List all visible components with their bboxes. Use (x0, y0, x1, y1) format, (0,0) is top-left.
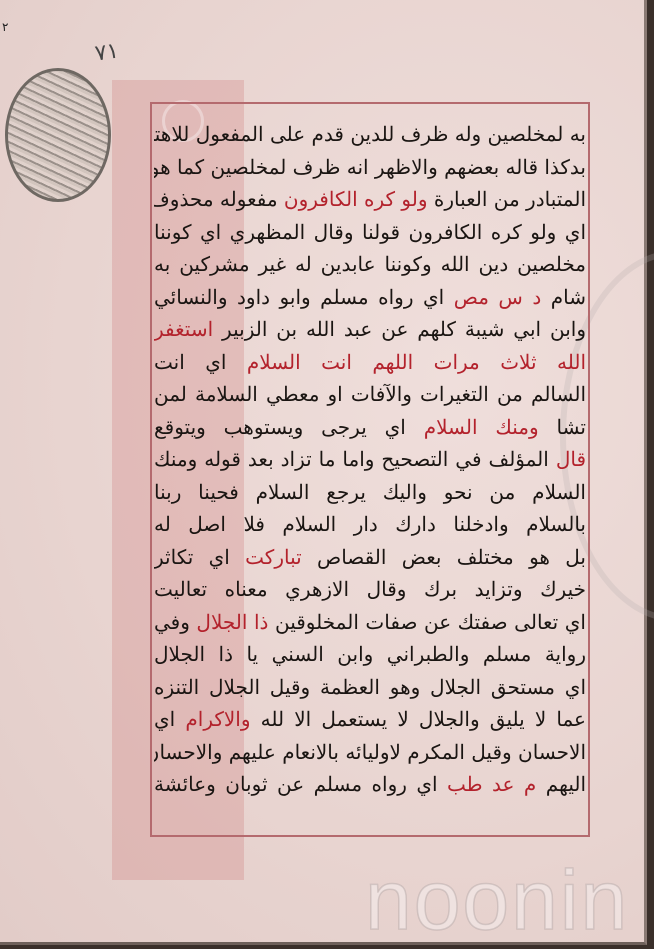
text-line: شام د س مص اي رواه مسلم وابو داود والنسا… (154, 281, 586, 314)
text-segment: السالم من التغيرات والآفات او معطي السلا… (154, 382, 586, 406)
text-line: الاحسان وقيل المكرم لاوليائه بالانعام عل… (154, 736, 586, 769)
text-segment: اي رواه مسلم عن ثوبان وعائشة (154, 772, 447, 796)
text-segment: تشا (539, 415, 586, 439)
text-line: بدكذا قاله بعضهم والاظهر انه ظرف لمخلصين… (154, 151, 586, 184)
text-line: بل هو مختلف بعض القصاص تباركت اي تكاثر (154, 541, 586, 574)
manuscript-page: ٢ ٧١ به لمخلصين وله ظرف للدين قدم على ال… (0, 0, 647, 945)
text-segment: مفعوله محذوف (154, 187, 284, 211)
rubric-segment: ذا الجلال (196, 610, 268, 634)
folio-number: ٢ (2, 20, 8, 34)
text-line: السلام من نحو واليك يرجع السلام فحينا رب… (154, 476, 586, 509)
text-line: اليهم م عد طب اي رواه مسلم عن ثوبان وعائ… (154, 768, 586, 801)
rubric-segment: والاكرام (185, 707, 250, 731)
text-segment: شام (541, 285, 586, 309)
text-line: بالسلام وادخلنا دارك دار السلام فلا اصل … (154, 508, 586, 541)
text-segment: بدكذا قاله بعضهم والاظهر انه ظرف لمخلصين… (154, 155, 586, 179)
text-segment: عما لا يليق والجلال لا يستعمل الا لله (251, 707, 586, 731)
text-line: رواية مسلم والطبراني وابن السني يا ذا ال… (154, 638, 586, 671)
rubric-segment: ومنك السلام (424, 415, 539, 439)
text-segment: به لمخلصين وله ظرف للدين قدم على المفعول… (154, 122, 586, 146)
text-line: قال المؤلف في التصحيح واما ما تزاد بعد ق… (154, 443, 586, 476)
text-segment: وفي (154, 610, 196, 634)
text-line: تشا ومنك السلام اي يرجى ويستوهب ويتوقع (154, 411, 586, 444)
text-segment: اي مستحق الجلال وهو العظمة وقيل الجلال ا… (154, 675, 586, 699)
text-line: خيرك وتزايد برك وقال الازهري معناه تعالي… (154, 573, 586, 606)
text-segment: اي رواه مسلم وابو داود والنسائي (154, 285, 454, 309)
rubric-segment: د س مص (454, 285, 542, 309)
text-segment: وابن ابي شيبة كلهم عن عبد الله بن الزبير (213, 317, 586, 341)
text-segment: اي ولو كره الكافرون قولنا وقال المظهري ا… (154, 220, 586, 244)
text-line: اي مستحق الجلال وهو العظمة وقيل الجلال ا… (154, 671, 586, 704)
library-seal-stamp (5, 68, 111, 202)
text-line: به لمخلصين وله ظرف للدين قدم على المفعول… (154, 118, 586, 151)
text-segment: رواية مسلم والطبراني وابن السني يا ذا ال… (154, 642, 586, 666)
text-line: اي ولو كره الكافرون قولنا وقال المظهري ا… (154, 216, 586, 249)
text-line: اي تعالى صفتك عن صفات المخلوقين ذا الجلا… (154, 606, 586, 639)
rubric-segment: م عد طب (447, 772, 536, 796)
rubric-segment: الله ثلاث مرات اللهم انت السلام (247, 350, 586, 374)
text-segment: اي (154, 707, 185, 731)
rubric-segment: قال (556, 447, 586, 471)
watermark-brand: noonin (365, 852, 629, 949)
rubric-segment: ولو كره الكافرون (284, 187, 428, 211)
text-line: الله ثلاث مرات اللهم انت السلام اي انت (154, 346, 586, 379)
marginal-note: ٧١ (93, 38, 120, 66)
text-line: عما لا يليق والجلال لا يستعمل الا لله وا… (154, 703, 586, 736)
text-line: المتبادر من العبارة ولو كره الكافرون مفع… (154, 183, 586, 216)
rubric-segment: تباركت (245, 545, 302, 569)
text-segment: الاحسان وقيل المكرم لاوليائه بالانعام عل… (154, 740, 586, 764)
text-segment: اي تعالى صفتك عن صفات المخلوقين (268, 610, 586, 634)
text-line: وابن ابي شيبة كلهم عن عبد الله بن الزبير… (154, 313, 586, 346)
text-segment: المتبادر من العبارة (427, 187, 586, 211)
text-line: السالم من التغيرات والآفات او معطي السلا… (154, 378, 586, 411)
text-line: مخلصين دين الله وكوننا عابدين له غير مشر… (154, 248, 586, 281)
text-segment: بل هو مختلف بعض القصاص (302, 545, 586, 569)
text-segment: اي يرجى ويستوهب ويتوقع (154, 415, 424, 439)
manuscript-text-block: به لمخلصين وله ظرف للدين قدم على المفعول… (154, 118, 586, 801)
text-segment: اي تكاثر (154, 545, 245, 569)
text-segment: اي انت (154, 350, 247, 374)
text-segment: اليهم (536, 772, 586, 796)
text-segment: مخلصين دين الله وكوننا عابدين له غير مشر… (154, 252, 586, 276)
text-segment: خيرك وتزايد برك وقال الازهري معناه تعالي… (154, 577, 586, 601)
text-segment: السلام من نحو واليك يرجع السلام فحينا رب… (154, 480, 586, 504)
rubric-segment: استغفر (154, 317, 213, 341)
text-segment: بالسلام وادخلنا دارك دار السلام فلا اصل … (154, 512, 586, 536)
text-segment: المؤلف في التصحيح واما ما تزاد بعد قوله … (154, 447, 556, 471)
